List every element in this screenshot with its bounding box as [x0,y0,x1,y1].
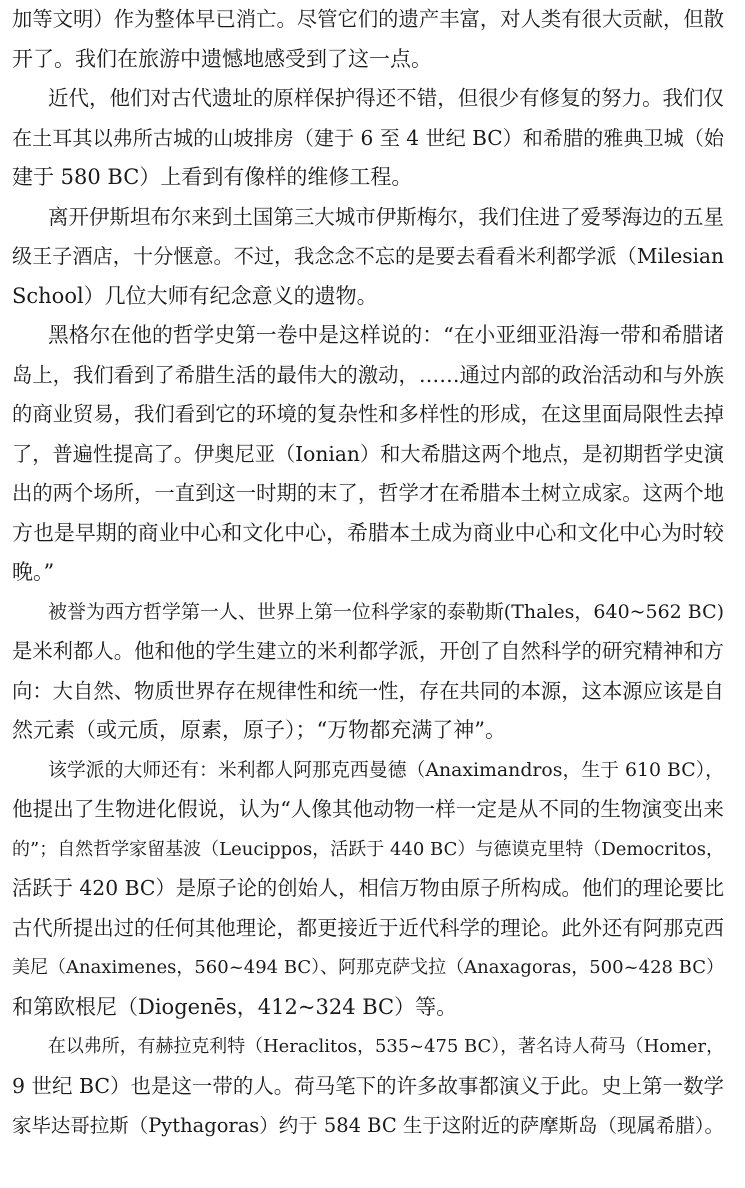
paragraph-2: 近代，他们对古代遗址的原样保护得还不错，但很少有修复的努力。我们仅 在土耳其以弗… [12,79,724,198]
paragraph-1: 加等文明）作为整体早已消亡。尽管它们的遗产丰富，对人类有很大贡献，但散 开了。我… [12,0,724,79]
paragraph-4-hegel-quote: 黑格尔在他的哲学史第一卷中是这样说的：“在小亚细亚沿海一带和希腊诸 岛上，我们看… [12,316,724,593]
text-line: 活跃于 420 BC）是原子论的创始人，相信万物由原子所构成。他们的理论要比 [12,869,724,909]
text-line: 然元素（或元质，原素，原子）；“万物都充满了神”。 [12,711,724,751]
text-line: 加等文明）作为整体早已消亡。尽管它们的遗产丰富，对人类有很大贡献，但散 [12,0,724,40]
text-line: 岛上，我们看到了希腊生活的最伟大的激动，……通过内部的政治活动和与外族 [12,356,724,396]
text-line: 离开伊斯坦布尔来到土国第三大城市伊斯梅尔，我们住进了爱琴海边的五星 [12,198,724,238]
text-line: 向：大自然、物质世界存在规律性和统一性，存在共同的本源，这本源应该是自 [12,672,724,712]
text-line: 被誉为西方哲学第一人、世界上第一位科学家的泰勒斯(Thales，640~562 … [12,593,724,633]
paragraph-6-masters: 该学派的大师还有：米利都人阿那克西曼德（Anaximandros，生于 610 … [12,751,724,1028]
text-line: 9 世纪 BC）也是这一带的人。荷马笔下的许多故事都演义于此。史上第一数学 [12,1067,724,1107]
paragraph-7-ephesus: 在以弗所，有赫拉克利特（Heraclitos，535~475 BC），著名诗人荷… [12,1027,724,1146]
text-line: 美尼（Anaximenes，560~494 BC）、阿那克萨戈拉（Anaxago… [12,948,724,988]
text-line: 是米利都人。他和他的学生建立的米利都学派，开创了自然科学的研究精神和方 [12,632,724,672]
text-line: 的商业贸易，我们看到它的环境的复杂性和多样性的形成，在这里面局限性去掉 [12,395,724,435]
text-line: 近代，他们对古代遗址的原样保护得还不错，但很少有修复的努力。我们仅 [12,79,724,119]
text-line: 他提出了生物进化假说，认为“人像其他动物一样一定是从不同的生物演变出来 [12,790,724,830]
text-line: School）几位大师有纪念意义的遗物。 [12,277,724,317]
paragraph-5-thales: 被誉为西方哲学第一人、世界上第一位科学家的泰勒斯(Thales，640~562 … [12,593,724,751]
document-page: 加等文明）作为整体早已消亡。尽管它们的遗产丰富，对人类有很大贡献，但散 开了。我… [12,0,724,1146]
text-line: 方也是早期的商业中心和文化中心，希腊本土成为商业中心和文化中心为时较 [12,514,724,554]
text-line: 该学派的大师还有：米利都人阿那克西曼德（Anaximandros，生于 610 … [12,751,724,791]
text-line: 的”；自然哲学家留基波（Leucippos，活跃于 440 BC）与德谟克里特（… [12,830,724,870]
text-line: 在以弗所，有赫拉克利特（Heraclitos，535~475 BC），著名诗人荷… [12,1027,724,1067]
text-line: 和第欧根尼（Diogenēs，412~324 BC）等。 [12,988,724,1028]
text-line: 建于 580 BC）上看到有像样的维修工程。 [12,158,724,198]
text-line: 黑格尔在他的哲学史第一卷中是这样说的：“在小亚细亚沿海一带和希腊诸 [12,316,724,356]
text-line: 晚。” [12,553,724,593]
text-line: 古代所提出过的任何其他理论，都更接近于近代科学的理论。此外还有阿那克西 [12,909,724,949]
text-line: 开了。我们在旅游中遗憾地感受到了这一点。 [12,40,724,80]
text-line: 级王子酒店，十分惬意。不过，我念念不忘的是要去看看米利都学派（Milesian [12,237,724,277]
text-line: 出的两个场所，一直到这一时期的末了，哲学才在希腊本土树立成家。这两个地 [12,474,724,514]
text-line: 家毕达哥拉斯（Pythagoras）约于 584 BC 生于这附近的萨摩斯岛（现… [12,1106,724,1146]
text-line: 了，普遍性提高了。伊奥尼亚（Ionian）和大希腊这两个地点，是初期哲学史演 [12,435,724,475]
paragraph-3: 离开伊斯坦布尔来到土国第三大城市伊斯梅尔，我们住进了爱琴海边的五星 级王子酒店，… [12,198,724,317]
text-line: 在土耳其以弗所古城的山坡排房（建于 6 至 4 世纪 BC）和希腊的雅典卫城（始 [12,119,724,159]
